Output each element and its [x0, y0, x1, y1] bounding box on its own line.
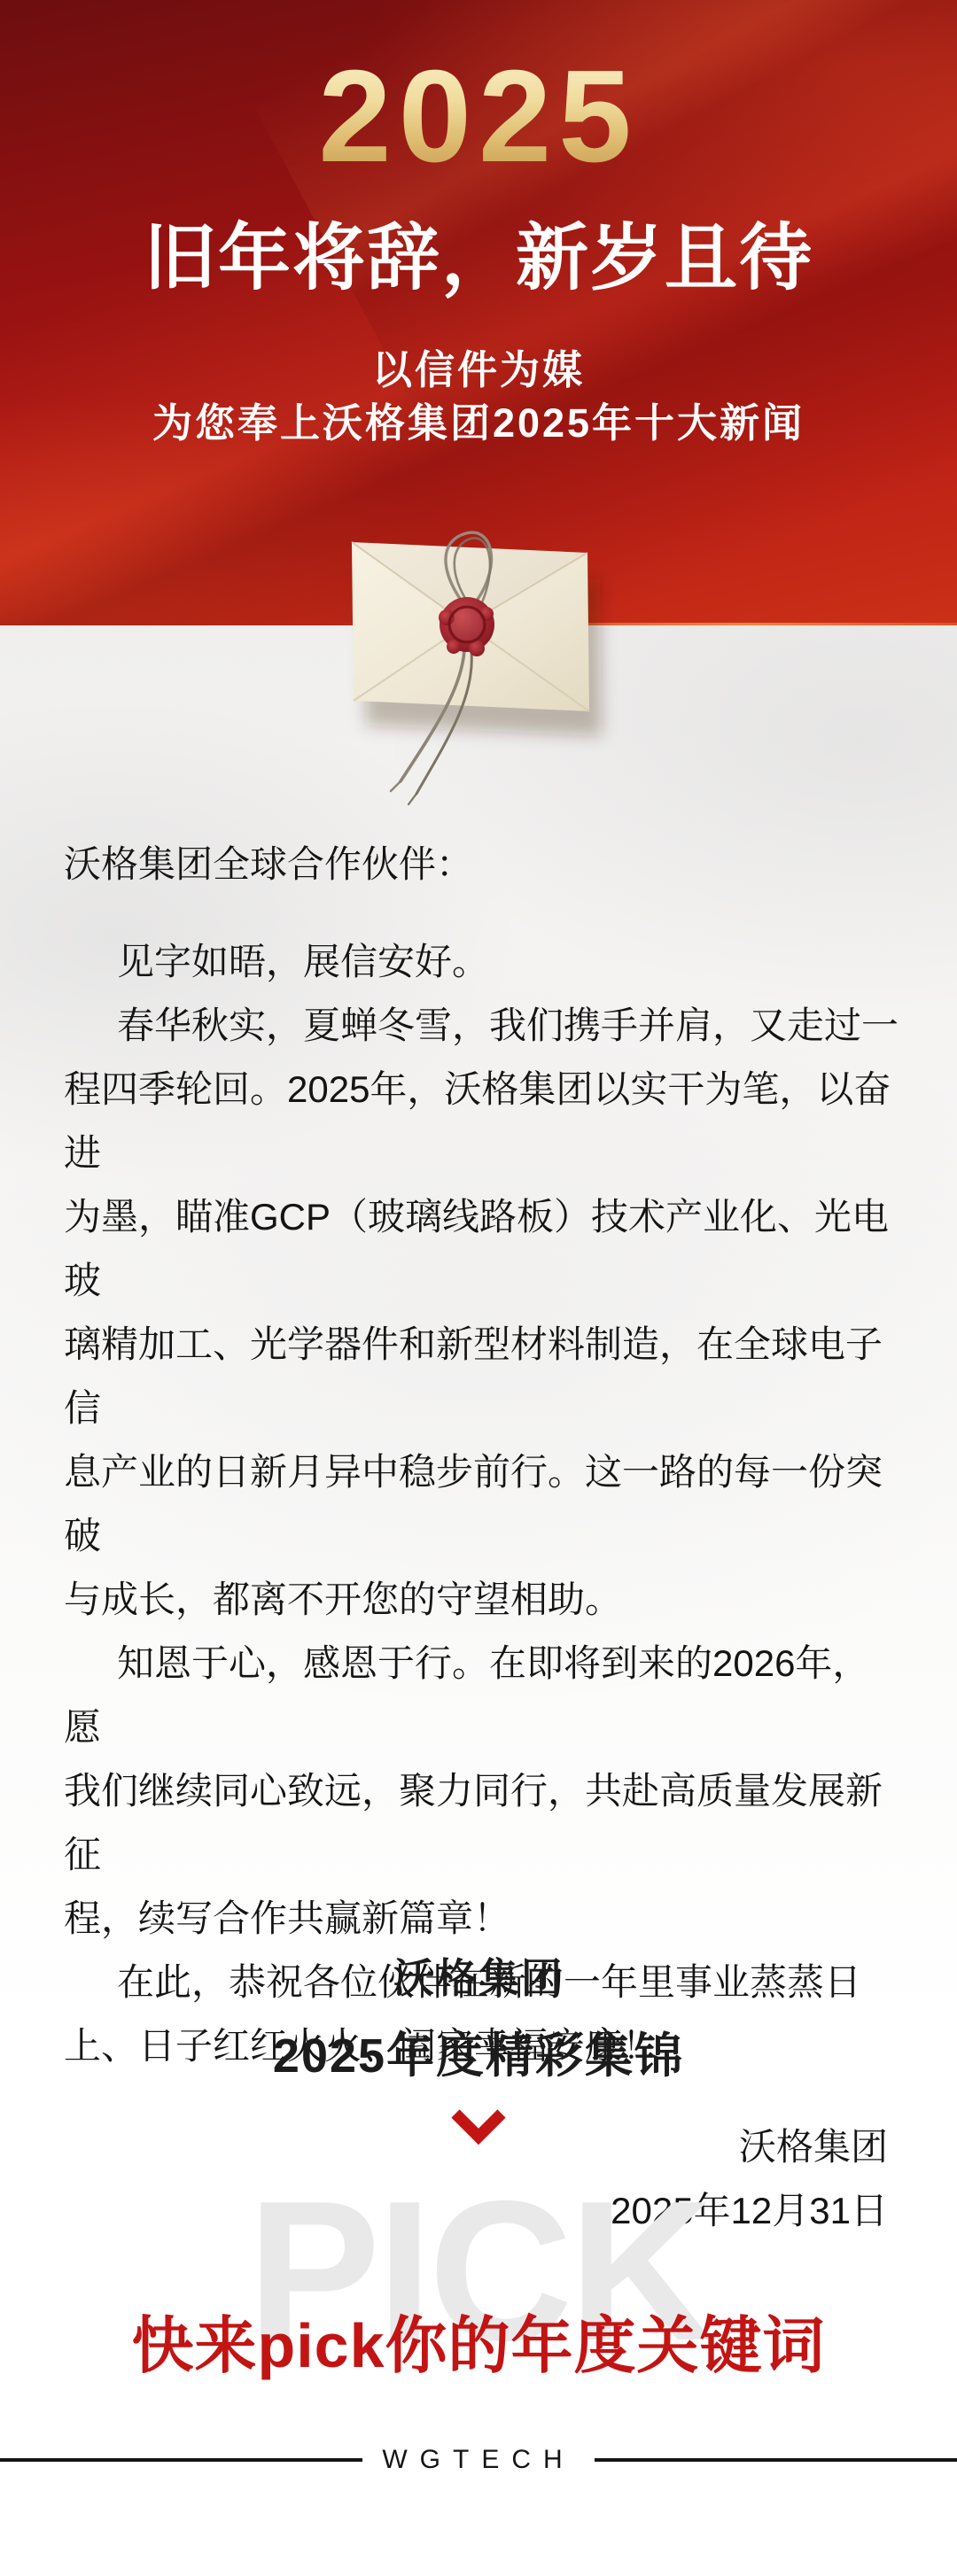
highlight-title: 2025年度精彩集锦: [0, 2029, 957, 2083]
letter-paragraph-2: 春华秋实，夏蝉冬雪，我们携手并肩，又走过一 程四季轮回。2025年，沃格集团以实…: [64, 994, 899, 1632]
footer-rule-right: [595, 2458, 957, 2462]
new-year-letter-poster: 2025 旧年将辞，新岁且待 以信件为媒 为您奉上沃格集团2025年十大新闻: [0, 0, 957, 2576]
footer-rule-left: [0, 2458, 362, 2462]
hero-title: 旧年将辞，新岁且待: [0, 218, 957, 299]
hero-year-2025: 2025: [0, 46, 957, 188]
letter-salutation: 沃格集团全球合作伙伴：: [64, 833, 899, 896]
hero-subtitle-line1: 以信件为媒: [0, 345, 957, 395]
hero-subtitle-line2: 为您奉上沃格集团2025年十大新闻: [0, 399, 957, 448]
highlight-company: 沃格集团: [0, 1954, 957, 2002]
chevron-down-icon: [448, 2108, 509, 2147]
letter-paragraph-1: 见字如晤，展信安好。: [64, 930, 899, 994]
footer-brand: WGTECH: [362, 2445, 594, 2475]
letter-paragraph-3: 知恩于心，感恩于行。在即将到来的2026年，愿 我们继续同心致远，聚力同行，共赴…: [64, 1632, 899, 1951]
cta-headline: 快来pick你的年度关键词: [0, 2303, 957, 2388]
envelope-illustration: [301, 489, 673, 817]
footer: WGTECH: [0, 2438, 957, 2482]
